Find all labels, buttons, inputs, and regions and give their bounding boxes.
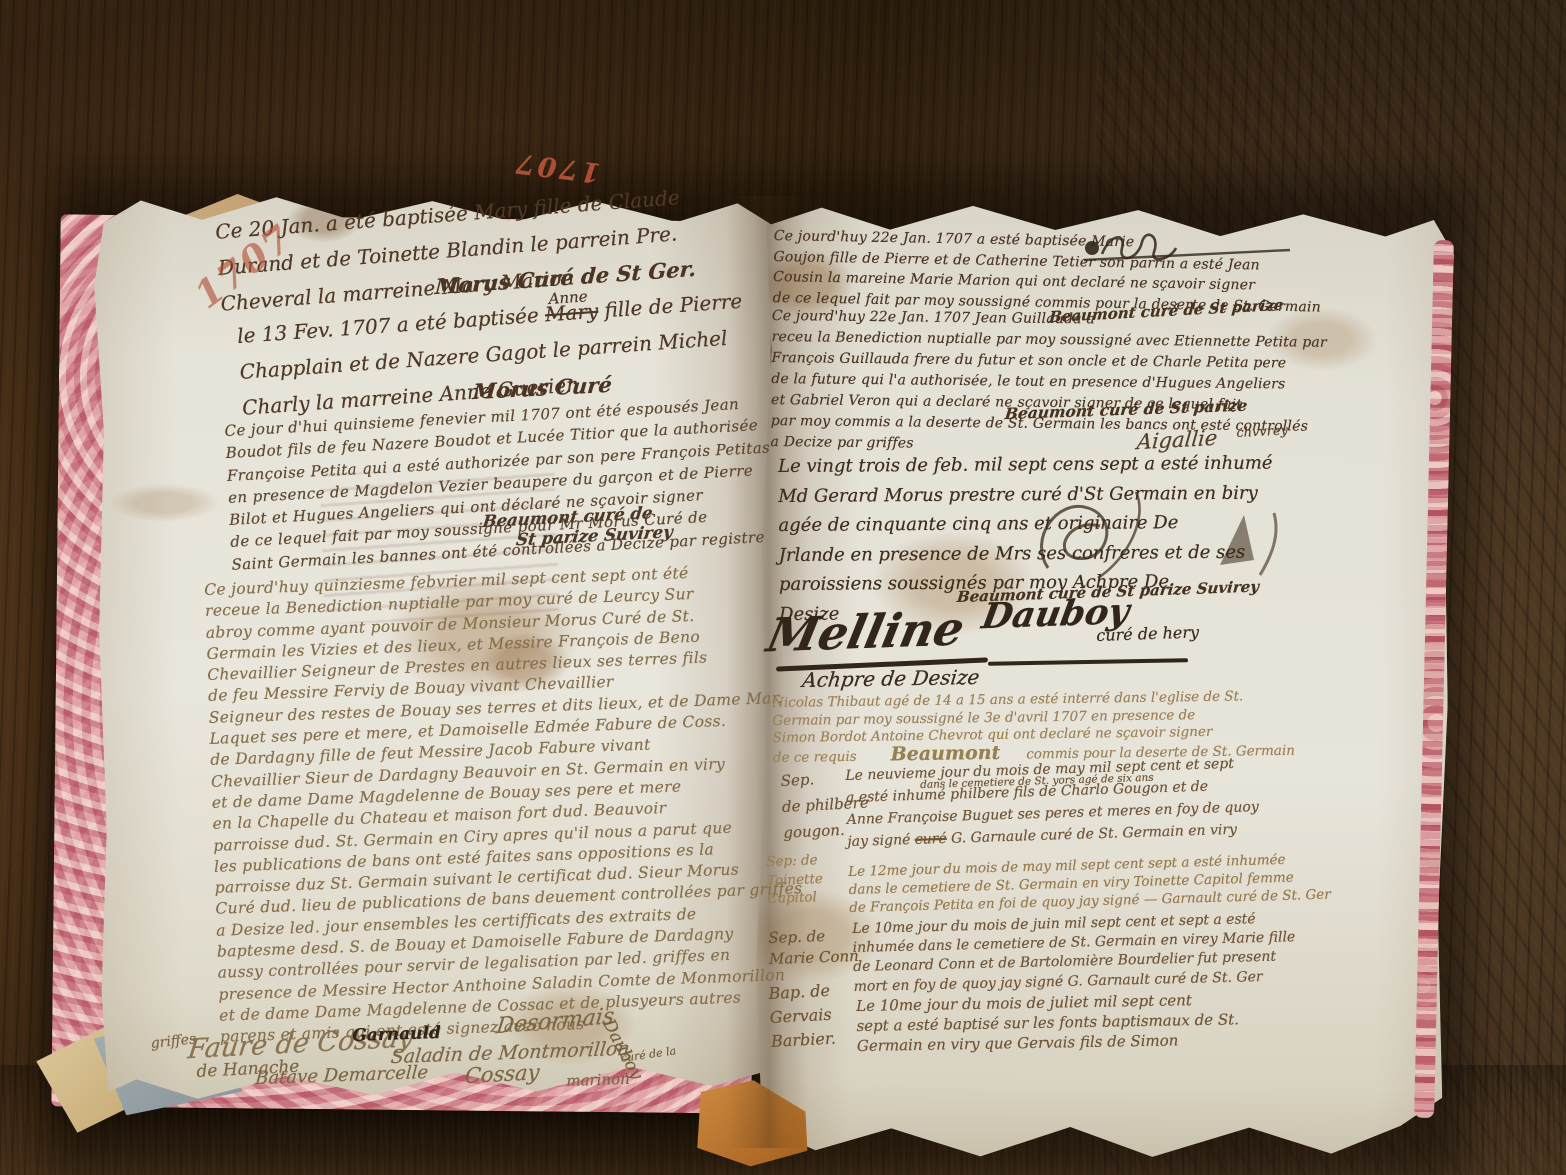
margin-line: Bap. de — [768, 979, 834, 1006]
record-line: Jrlande en presence de Mrs ses confreres… — [779, 537, 1274, 570]
margin-line: Capitol — [767, 888, 824, 908]
struck-word: curé — [915, 831, 947, 848]
ink-scribble — [1080, 230, 1295, 272]
signature-cossay: Cossay — [464, 1060, 541, 1088]
margin-line: Toinette — [767, 870, 824, 890]
margin-note-bap-gervais: Bap. de Gervais Barbier. — [768, 979, 836, 1054]
signature-marinon: marinon — [566, 1070, 630, 1090]
record-burial-gougon: Le neuvieme jour du mois de may mil sept… — [845, 752, 1260, 853]
line-text: de ce requis — [773, 748, 857, 765]
ink-flourish — [1028, 478, 1168, 593]
margin-note-sep-conn: Sep. de Marie Conn — [768, 925, 859, 970]
signature-achpre: Achpre de Desize — [801, 665, 981, 692]
margin-line: Sep: de — [766, 851, 823, 871]
record-burial-conn: Le 10me jour du mois de juin mil sept ce… — [852, 909, 1296, 997]
line-text: fille de Pierre — [597, 289, 743, 323]
margin-note-sep-capitol: Sep: de Toinette Capitol — [766, 851, 824, 908]
photo-open-parish-register: Ce 20 Jan. a eté baptisée Mary fille de … — [0, 0, 1566, 1175]
record-line: Md Gerard Morus prestre curé d'St Germai… — [778, 478, 1273, 511]
line-text: jay signé — [847, 832, 915, 850]
record-line: Le vingt trois de feb. mil sept cens sep… — [778, 449, 1273, 482]
ink-flourish-edge — [1210, 505, 1290, 585]
margin-line: Barbier. — [771, 1027, 837, 1054]
margin-line: Gervais — [769, 1003, 835, 1030]
margin-line: Marie Conn — [769, 946, 859, 970]
signature-dauboy-title: curé de hery — [1096, 622, 1199, 645]
signature-melline: Melline — [762, 601, 969, 662]
signature-garnauld: Garnauld — [352, 1023, 441, 1046]
record-baptism-gervais: Le 10me jour du mois de juliet mil sept … — [856, 989, 1239, 1056]
record-line: agée de cinquante cinq ans et originaire… — [778, 508, 1273, 541]
record-marriage-bouay: Ce jourd'huy quinziesme febvrier mil sep… — [204, 560, 807, 1049]
note-chvvrey: chvvrey — [1236, 423, 1288, 441]
struck-name: Mary — [544, 299, 599, 327]
